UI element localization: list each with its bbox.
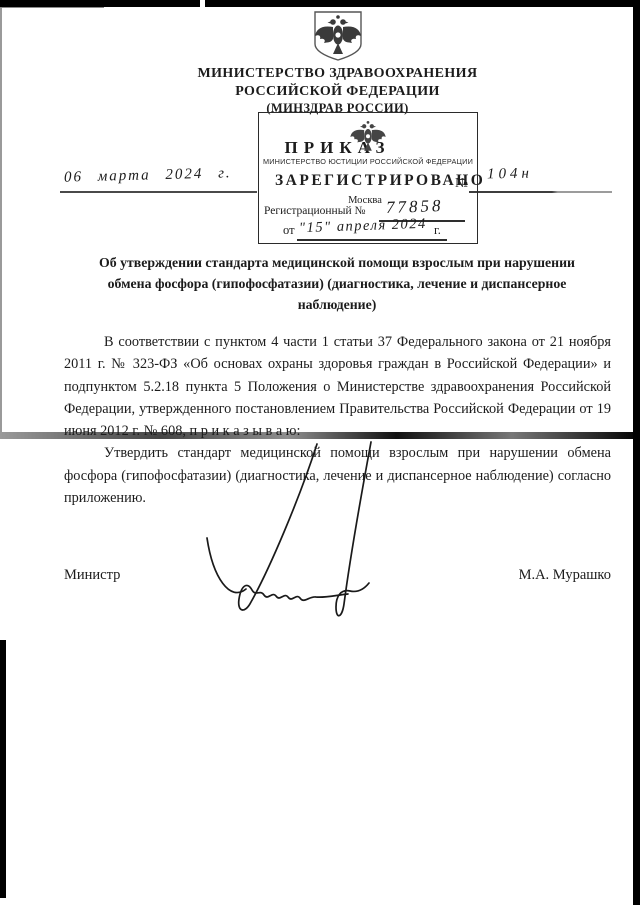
russia-coat-of-arms-icon <box>308 9 368 68</box>
justice-registration-stamp: МИНИСТЕРСТВО ЮСТИЦИИ РОССИЙСКОЙ ФЕДЕРАЦИ… <box>258 112 478 244</box>
stamp-regnumber-label: Регистрационный № <box>264 205 365 217</box>
stamp-registered-label: ЗАРЕГИСТРИРОВАНО <box>275 172 485 190</box>
handwritten-issue-date: 06 марта 2024 г. <box>64 164 264 186</box>
scan-edge-artifact <box>0 0 200 7</box>
body-paragraph-preamble: В соответствии с пунктом 4 части 1 стать… <box>64 331 611 442</box>
handwritten-registration-number: 77858 <box>386 196 444 218</box>
scan-edge-artifact <box>633 0 640 905</box>
registration-date-underline <box>297 239 447 241</box>
stamp-date-prefix: от <box>283 223 295 238</box>
signatory-position-label: Министр <box>64 567 120 584</box>
handwritten-order-number: 104н <box>487 166 533 184</box>
document-title: Об утверждении стандарта медицинской пом… <box>47 252 627 315</box>
scan-edge-artifact <box>0 640 6 898</box>
date-underline <box>60 191 257 193</box>
justice-ministry-eagle-icon <box>345 116 391 163</box>
scan-edge-artifact <box>205 0 640 7</box>
ministry-name-line2: РОССИЙСКОЙ ФЕДЕРАЦИИ <box>64 84 611 100</box>
scanned-document-page: МИНИСТЕРСТВО ЗДРАВООХРАНЕНИЯ РОССИЙСКОЙ … <box>0 0 640 905</box>
scan-edge-artifact <box>0 8 2 432</box>
title-line: обмена фосфора (гипофосфатазии) (диагнос… <box>47 273 627 294</box>
handwritten-registration-date: "15" апреля 2024 <box>299 216 427 237</box>
title-line: Об утверждении стандарта медицинской пом… <box>47 252 627 273</box>
minister-signature-icon <box>185 438 395 633</box>
stamp-authority-line: МИНИСТЕРСТВО ЮСТИЦИИ РОССИЙСКОЙ ФЕДЕРАЦИ… <box>259 157 477 166</box>
ministry-name-line1: МИНИСТЕРСТВО ЗДРАВООХРАНЕНИЯ <box>64 66 611 82</box>
signatory-name: М.А. Мурашко <box>400 567 611 584</box>
number-underline <box>469 191 612 193</box>
stamp-date-suffix: г. <box>434 223 441 238</box>
title-line: наблюдение) <box>47 294 627 315</box>
